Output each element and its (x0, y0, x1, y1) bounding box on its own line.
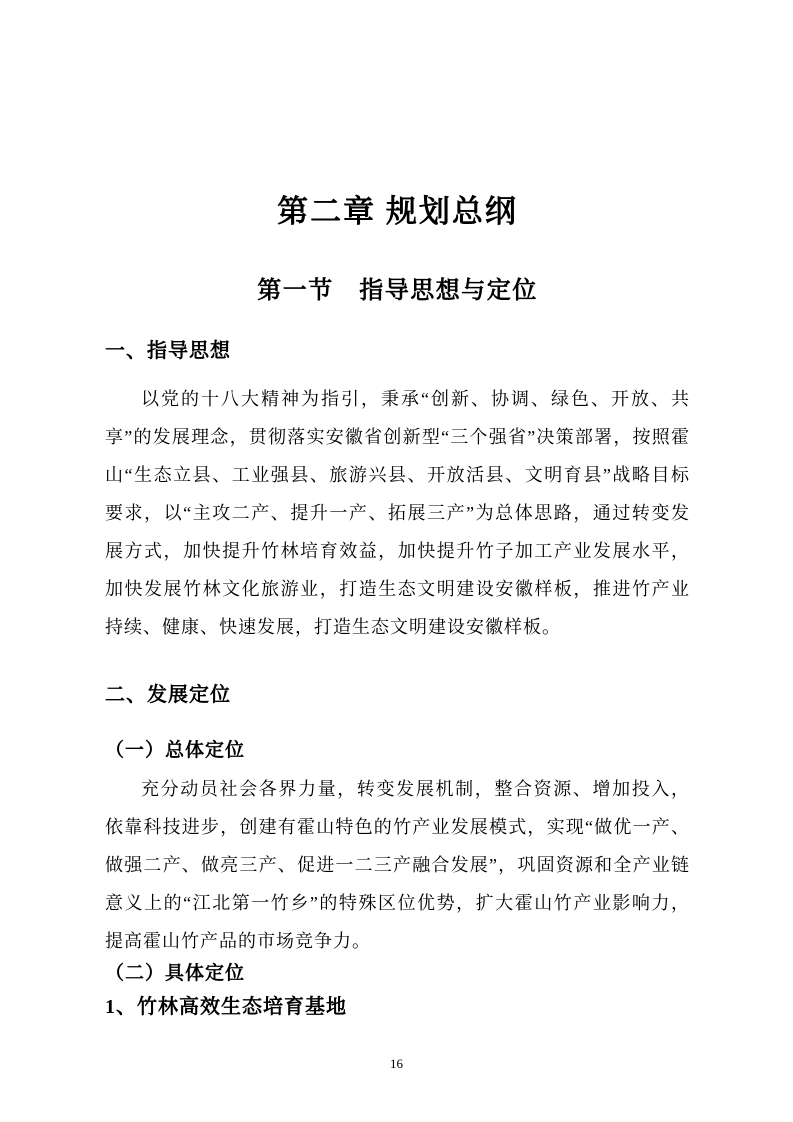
chapter-heading: 第二章 规划总纲 (105, 194, 690, 230)
document-content: 第二章 规划总纲 第一节 指导思想与定位 一、指导思想 以党的十八大精神为指引，… (0, 194, 793, 1021)
page-number: 16 (0, 1055, 793, 1073)
numbered-heading-bamboo-cultivation-base: 1、竹林高效生态培育基地 (105, 993, 690, 1021)
subheading-overall-positioning: （一）总体定位 (105, 737, 690, 764)
heading-development-positioning: 二、发展定位 (105, 681, 690, 709)
document-page: 第二章 规划总纲 第一节 指导思想与定位 一、指导思想 以党的十八大精神为指引，… (0, 0, 793, 1122)
heading-guiding-ideology: 一、指导思想 (105, 337, 690, 365)
paragraph-overall-positioning: 充分动员社会各界力量，转变发展机制，整合资源、增加投入，依靠科技进步，创建有霍山… (105, 770, 690, 960)
subheading-specific-positioning: （二）具体定位 (105, 960, 690, 987)
section-heading: 第一节 指导思想与定位 (105, 275, 690, 307)
paragraph-guiding-ideology: 以党的十八大精神为指引，秉承“创新、协调、绿色、开放、共享”的发展理念，贯彻落实… (105, 380, 690, 646)
